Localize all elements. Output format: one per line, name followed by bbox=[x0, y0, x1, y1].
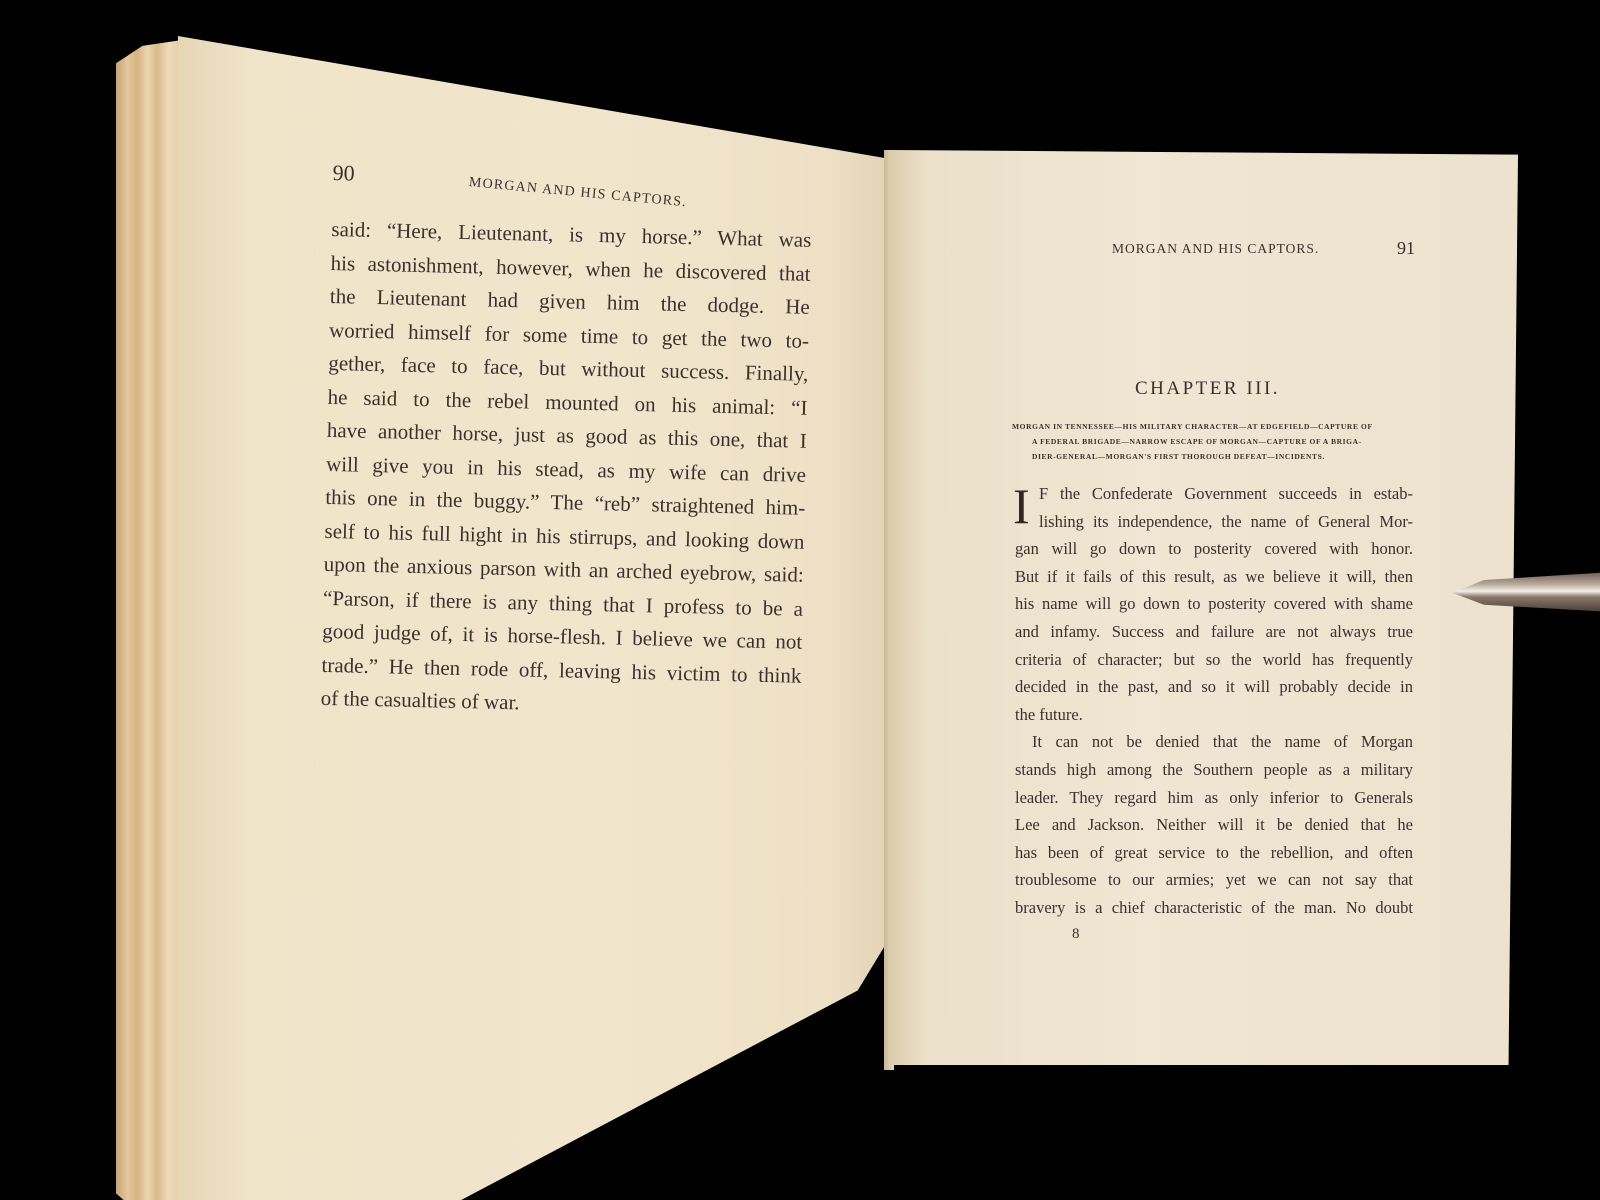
text-line: It can not be denied that the name of Mo… bbox=[1015, 728, 1413, 756]
text-line: gan will go down to posterity covered wi… bbox=[1015, 535, 1413, 563]
text-line: criteria of character; but so the world … bbox=[1015, 646, 1413, 674]
text-line: F the Confederate Government succeeds in… bbox=[1015, 480, 1413, 508]
text-line: and infamy. Success and failure are not … bbox=[1015, 618, 1413, 646]
text-line: stands high among the Southern people as… bbox=[1015, 756, 1413, 784]
text-line: bravery is a chief characteristic of the… bbox=[1015, 894, 1413, 922]
page-edges bbox=[116, 40, 182, 1200]
text-line: his name will go down to posterity cover… bbox=[1015, 590, 1413, 618]
synopsis-line: Morgan in Tennessee—His Military Charact… bbox=[1012, 419, 1410, 434]
text-line: lishing its independence, the name of Ge… bbox=[1015, 508, 1413, 536]
right-running-head: MORGAN AND HIS CAPTORS. bbox=[1112, 241, 1319, 257]
text-line: leader. They regard him as only inferior… bbox=[1015, 784, 1413, 812]
text-line: troublesome to our armies; yet we can no… bbox=[1015, 866, 1413, 894]
chapter-title: CHAPTER III. bbox=[1135, 378, 1280, 400]
synopsis-line: dier-General—Morgan's First Thorough Def… bbox=[1012, 449, 1410, 464]
synopsis-line: a Federal Brigade—Narrow Escape of Morga… bbox=[1012, 434, 1410, 449]
chapter-synopsis: Morgan in Tennessee—His Military Charact… bbox=[1012, 419, 1410, 464]
left-page-number: 90 bbox=[332, 160, 355, 186]
text-line: decided in the past, and so it will prob… bbox=[1015, 673, 1413, 701]
text-line: But if it fails of this result, as we be… bbox=[1015, 563, 1413, 591]
left-body-text: said: “Here, Lieutenant, is my horse.” W… bbox=[320, 213, 811, 726]
right-body-text: F the Confederate Government succeeds in… bbox=[1015, 480, 1413, 922]
text-line: Lee and Jackson. Neither will it be deni… bbox=[1015, 811, 1413, 839]
signature-mark: 8 bbox=[1072, 926, 1080, 943]
text-line: the future. bbox=[1015, 701, 1413, 729]
right-page-number: 91 bbox=[1397, 238, 1415, 259]
text-line: has been of great service to the rebelli… bbox=[1015, 839, 1413, 867]
